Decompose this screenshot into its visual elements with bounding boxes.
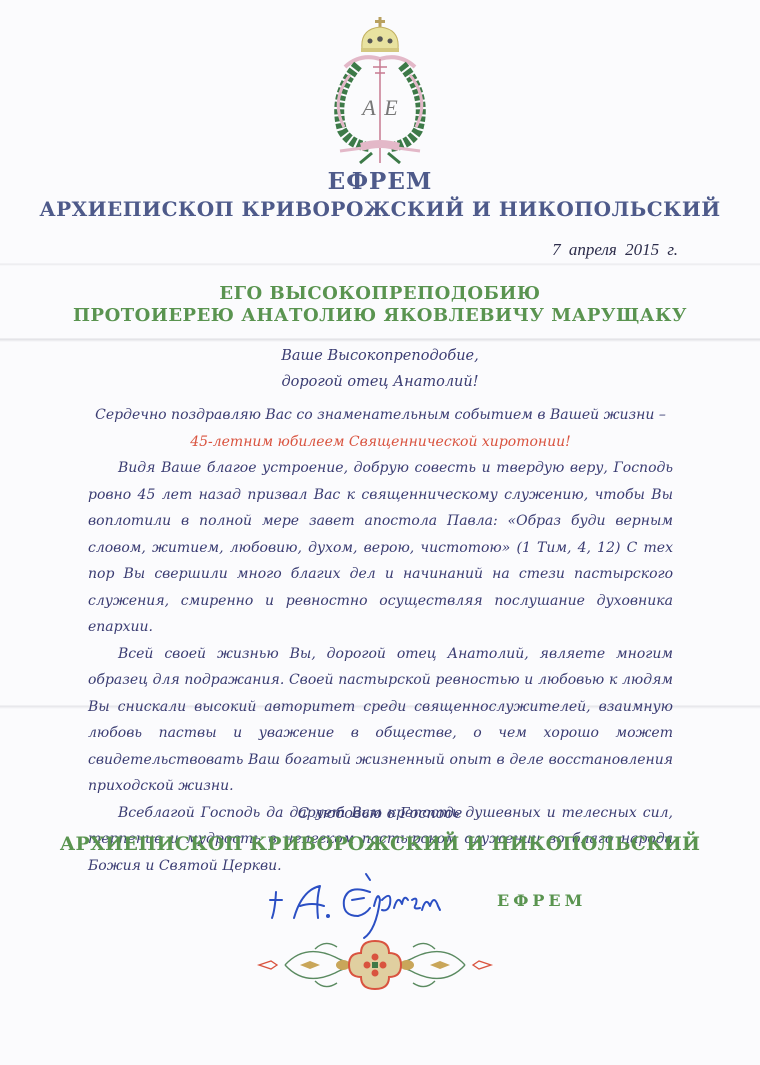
issuer-rank: АРХИЕПИСКОП КРИВОРОЖСКИЙ И НИКОПОЛЬСКИЙ <box>0 197 760 221</box>
signatory-rank: АРХИЕПИСКОП КРИВОРОЖСКИЙ И НИКОПОЛЬСКИЙ <box>0 833 760 855</box>
letter-date: 7 апреля 2015 г. <box>552 240 678 260</box>
addressee-title: ЕГО ВЫСОКОПРЕПОДОБИЮ <box>0 283 760 305</box>
closing-phrase: С любовью о Господе <box>0 806 760 822</box>
body-paragraph-1: Видя Ваше благое устроение, добрую совес… <box>88 455 673 641</box>
addressee-block: ЕГО ВЫСОКОПРЕПОДОБИЮ ПРОТОИЕРЕЮ АНАТОЛИЮ… <box>0 283 760 327</box>
decorative-ornament-icon <box>255 935 495 995</box>
svg-text:А: А <box>360 95 376 120</box>
greeting-block: Ваше Высокопреподобие, дорогой отец Анат… <box>0 343 760 395</box>
issuer-name: ЕФРЕМ <box>0 168 760 195</box>
signatory-name: ЕФРЕМ <box>497 891 586 910</box>
greeting-line-2: дорогой отец Анатолий! <box>0 369 760 395</box>
greeting-line-1: Ваше Высокопреподобие, <box>0 343 760 369</box>
body-paragraph-2: Всей своей жизнью Вы, дорогой отец Анато… <box>88 641 673 800</box>
archbishop-emblem-icon: А Е <box>320 15 440 165</box>
svg-text:Е: Е <box>383 95 398 120</box>
letter-page: А Е ЕФРЕМ АРХИЕПИСКОП КРИВОРОЖСКИЙ И НИК… <box>0 0 760 1065</box>
intro-line: Сердечно поздравляю Вас со знаменательны… <box>88 402 673 429</box>
addressee-name: ПРОТОИЕРЕЮ АНАТОЛИЮ ЯКОВЛЕВИЧУ МАРУЩАКУ <box>0 305 760 327</box>
jubilee-highlight: 45-летним юбилеем Священнической хиротон… <box>88 429 673 456</box>
